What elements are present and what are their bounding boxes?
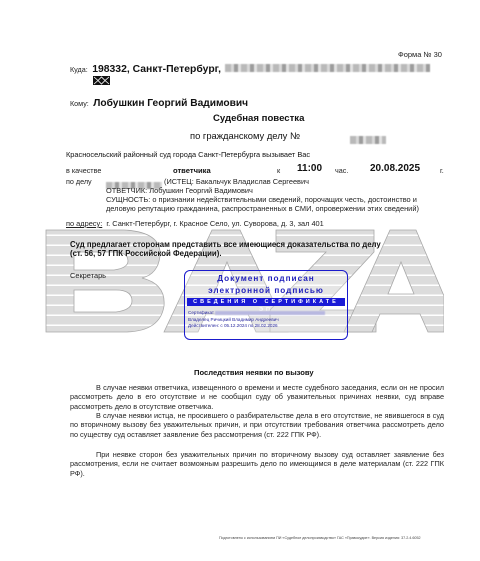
recipient-label: Кому: [70, 99, 89, 108]
stamp-certificate-bar: СВЕДЕНИЯ О СЕРТИФИКАТЕ ЭП [187, 298, 345, 306]
secretary-label: Секретарь [70, 271, 106, 280]
court-line: Красносельский районный суд города Санкт… [66, 150, 310, 159]
defendant: ОТВЕТЧИК: Лобушкин Георгий Вадимович [106, 186, 253, 195]
case-number-redacted [350, 131, 386, 149]
stamp-title-1: Документ подписан [185, 274, 347, 283]
certificate-redacted [215, 311, 325, 315]
to-address-block: Куда: 198332, Санкт-Петербург, [70, 59, 430, 77]
at-label: к [277, 166, 280, 175]
footer-note: Подготовлено с использованием ПИ «Судебн… [219, 536, 421, 540]
document-title: Судебная повестка [213, 113, 304, 124]
year-suffix: г. [440, 166, 444, 175]
hearing-time: 11:00 [297, 163, 322, 174]
address-row: по адресу: г. Санкт-Петербург, г. Красно… [66, 219, 324, 228]
electronic-signature-stamp: Документ подписан электронной подписью С… [184, 270, 348, 340]
consequences-heading: Последствия неявки по вызову [194, 368, 314, 377]
to-address: 198332, Санкт-Петербург, [92, 64, 221, 75]
capacity-label: в качестве [66, 166, 101, 175]
recipient-name: Лобушкин Георгий Вадимович [93, 98, 248, 109]
redacted-mark [93, 72, 110, 90]
hearing-date: 20.08.2025 [370, 163, 420, 174]
capacity-value: ответчика [173, 166, 211, 175]
recipient-block: Кому: Лобушкин Георгий Вадимович [70, 93, 248, 111]
essence-line-2: деловую репутацию гражданина, распростра… [106, 204, 419, 213]
court-address: г. Санкт-Петербург, г. Красное Село, ул.… [106, 219, 323, 228]
evidence-notice-line-2: (ст. 56, 57 ГПК Российской Федерации). [70, 249, 222, 258]
case-label: по делу [66, 177, 92, 186]
redaction-box-icon [93, 76, 110, 85]
redacted-address [225, 64, 430, 72]
stamp-certificate-label: Сертификат [188, 310, 214, 315]
essence-line-1: СУЩНОСТЬ: о признании недействительными … [106, 195, 417, 204]
hours-label: час. [335, 166, 348, 175]
consequences-paragraph-3: При неявке сторон без уважительных причи… [70, 450, 444, 478]
stamp-title-2: электронной подписью [185, 286, 347, 295]
to-label: Куда: [70, 65, 88, 74]
evidence-notice-line-1: Суд предлагает сторонам представить все … [70, 240, 381, 249]
plaintiff: (ИСТЕЦ: Бакальчук Владислав Сергеевич [164, 177, 309, 186]
consequences-paragraph-1: В случае неявки ответчика, извещенного о… [70, 383, 444, 411]
case-line: по гражданскому делу № [190, 130, 300, 141]
stamp-certificate-row: Сертификат [185, 310, 347, 317]
address-label: по адресу: [66, 219, 102, 228]
stamp-validity: Действителен: с 05.12.2024 по 28.02.2026 [185, 323, 347, 330]
form-number: Форма № 30 [398, 50, 442, 59]
consequences-paragraph-2: В случае неявки истца, не просившего о р… [70, 411, 444, 439]
